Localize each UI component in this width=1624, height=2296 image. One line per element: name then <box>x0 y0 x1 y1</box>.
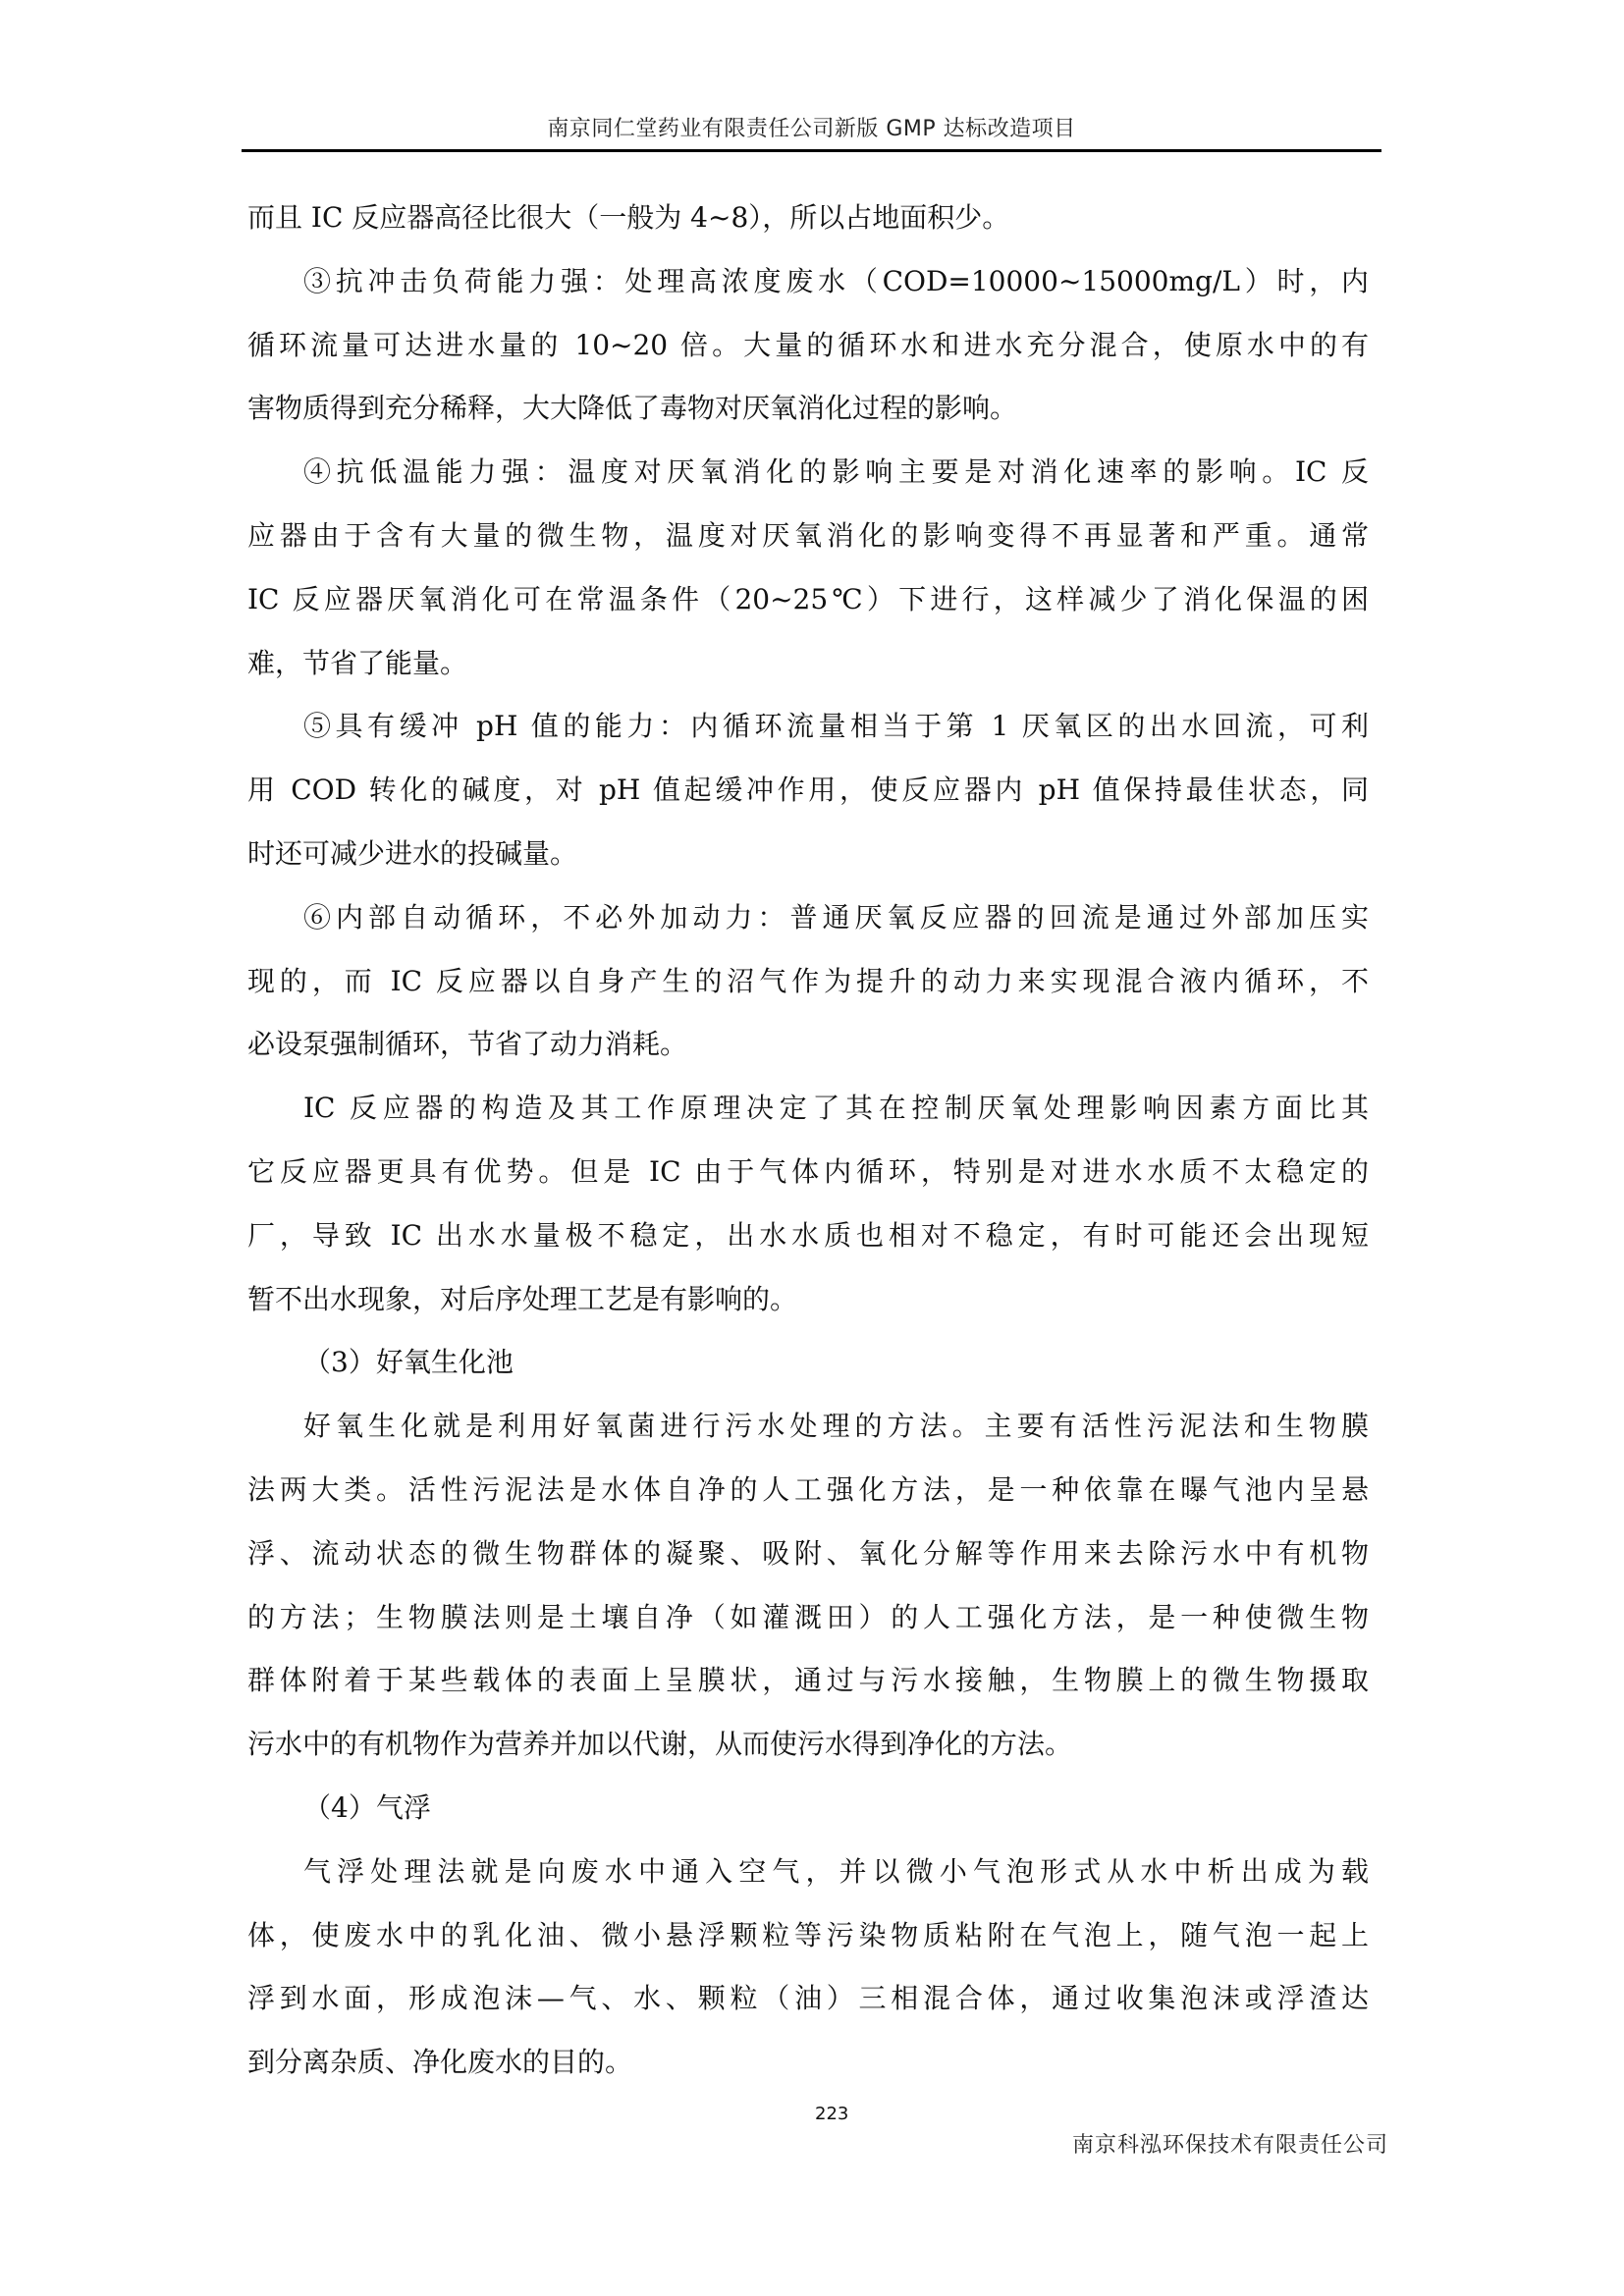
body-line: 必设泵强制循环，节省了动力消耗。 <box>247 1022 1369 1086</box>
body-line: ⑤具有缓冲 pH 值的能力：内循环流量相当于第 1 厌氧区的出水回流，可利 <box>247 704 1369 768</box>
page-footer-company: 南京科泓环保技术有限责任公司 <box>1072 2132 1388 2160</box>
body-line: 到分离杂质、净化废水的目的。 <box>247 2040 1369 2104</box>
body-line: 的方法；生物膜法则是土壤自净（如灌溉田）的人工强化方法，是一种使微生物 <box>247 1595 1369 1659</box>
body-line: 法两大类。活性污泥法是水体自净的人工强化方法，是一种依靠在曝气池内呈悬 <box>247 1468 1369 1531</box>
body-line: 用 COD 转化的碱度，对 pH 值起缓冲作用，使反应器内 pH 值保持最佳状态… <box>247 768 1369 831</box>
section-heading-flotation: （4）气浮 <box>247 1786 1369 1849</box>
body-line: 暂不出水现象，对后序处理工艺是有影响的。 <box>247 1277 1369 1341</box>
body-line: 害物质得到充分稀释，大大降低了毒物对厌氧消化过程的影响。 <box>247 386 1369 450</box>
body-line: IC 反应器厌氧消化可在常温条件（20~25℃）下进行，这样减少了消化保温的困 <box>247 577 1369 641</box>
body-line: 气浮处理法就是向废水中通入空气，并以微小气泡形式从水中析出成为载 <box>247 1849 1369 1913</box>
body-line: ⑥内部自动循环，不必外加动力：普通厌氧反应器的回流是通过外部加压实 <box>247 895 1369 959</box>
body-line: 难，节省了能量。 <box>247 641 1369 705</box>
body-line: 时还可减少进水的投碱量。 <box>247 831 1369 895</box>
body-line: 循环流量可达进水量的 10~20 倍。大量的循环水和进水充分混合，使原水中的有 <box>247 323 1369 387</box>
document-body: 而且 IC 反应器高径比很大（一般为 4~8），所以占地面积少。 ③抗冲击负荷能… <box>247 195 1369 2104</box>
body-line: 浮、流动状态的微生物群体的凝聚、吸附、氧化分解等作用来去除污水中有机物 <box>247 1531 1369 1595</box>
body-line: ④抗低温能力强：温度对厌氧消化的影响主要是对消化速率的影响。IC 反 <box>247 450 1369 513</box>
body-line: 现的，而 IC 反应器以自身产生的沼气作为提升的动力来实现混合液内循环，不 <box>247 959 1369 1023</box>
body-line: 浮到水面，形成泡沫—气、水、颗粒（油）三相混合体，通过收集泡沫或浮渣达 <box>247 1976 1369 2040</box>
body-line: IC 反应器的构造及其工作原理决定了其在控制厌氧处理影响因素方面比其 <box>247 1086 1369 1149</box>
body-line: 它反应器更具有优势。但是 IC 由于气体内循环，特别是对进水水质不太稳定的 <box>247 1149 1369 1213</box>
section-heading-aerobic: （3）好氧生化池 <box>247 1340 1369 1404</box>
page-number: 223 <box>815 2104 848 2125</box>
body-line: 应器由于含有大量的微生物，温度对厌氧消化的影响变得不再显著和严重。通常 <box>247 513 1369 577</box>
body-line: 而且 IC 反应器高径比很大（一般为 4~8），所以占地面积少。 <box>247 195 1369 259</box>
body-line: 污水中的有机物作为营养并加以代谢，从而使污水得到净化的方法。 <box>247 1722 1369 1786</box>
body-line: 群体附着于某些载体的表面上呈膜状，通过与污水接触，生物膜上的微生物摄取 <box>247 1658 1369 1722</box>
header-divider <box>242 149 1381 152</box>
page-header-title: 南京同仁堂药业有限责任公司新版 GMP 达标改造项目 <box>242 114 1381 145</box>
body-line: 体，使废水中的乳化油、微小悬浮颗粒等污染物质粘附在气泡上，随气泡一起上 <box>247 1913 1369 1977</box>
body-line: 厂，导致 IC 出水水量极不稳定，出水水质也相对不稳定，有时可能还会出现短 <box>247 1213 1369 1277</box>
body-line: ③抗冲击负荷能力强：处理高浓度废水（COD=10000~15000mg/L）时，… <box>247 259 1369 323</box>
body-line: 好氧生化就是利用好氧菌进行污水处理的方法。主要有活性污泥法和生物膜 <box>247 1404 1369 1468</box>
